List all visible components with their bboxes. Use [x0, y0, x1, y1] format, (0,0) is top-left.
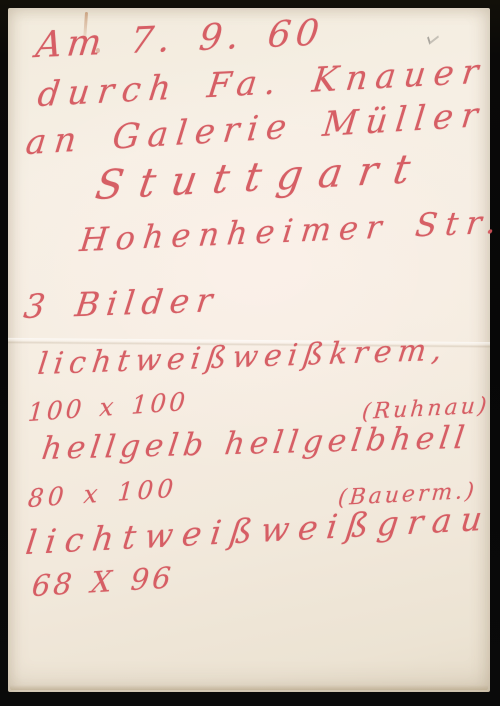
note-line-picture-count: 3 Bilder	[22, 283, 221, 323]
note-line-work1-size: 100 x 100	[27, 389, 189, 425]
paper-bottom-edge	[10, 685, 488, 690]
note-line-work2-size: 80 x 100	[27, 475, 178, 511]
note-line-work2-color: hellgelb hellgelbhell	[40, 423, 471, 465]
note-paper: Am 7. 9. 60 durch Fa. Knauer an Galerie …	[8, 8, 490, 692]
note-line-street: Hohenheimer Str. 7	[78, 203, 500, 256]
photo-background: Am 7. 9. 60 durch Fa. Knauer an Galerie …	[0, 0, 500, 706]
note-line-work3-size: 68 X 96	[31, 563, 175, 601]
note-line-date: Am 7. 9. 60	[34, 15, 326, 64]
pencil-mark	[427, 30, 439, 44]
note-line-work3-color: lichtweißweißgrau	[24, 501, 493, 559]
note-line-city: Stuttgart	[93, 149, 429, 207]
